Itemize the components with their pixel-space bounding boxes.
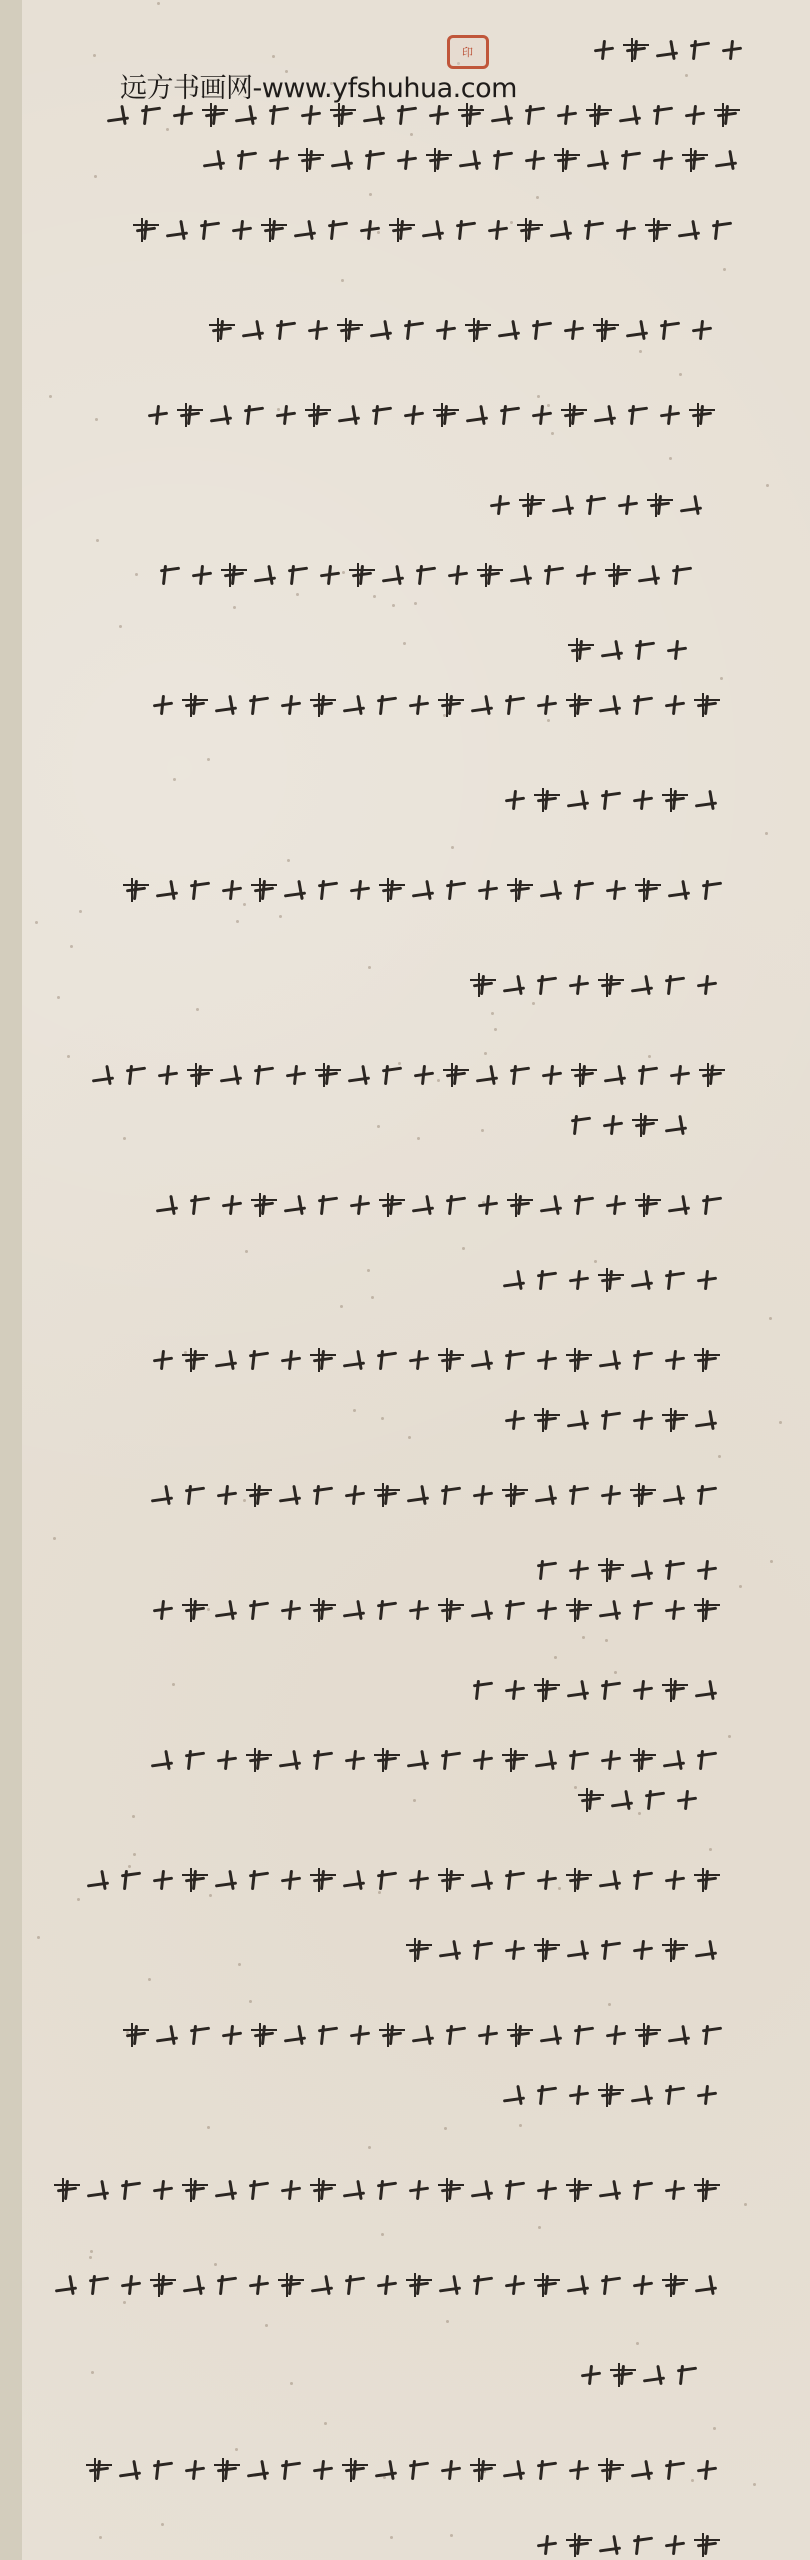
seal-label: 印 <box>462 44 474 60</box>
ink-glyph <box>389 218 415 242</box>
ink-glyph <box>714 103 740 127</box>
ink-glyph <box>630 1748 656 1772</box>
ink-glyph <box>566 1348 592 1372</box>
ink-glyph <box>310 1348 336 1372</box>
ink-glyph <box>406 1748 432 1772</box>
paper-speck <box>119 625 122 628</box>
ink-glyph <box>374 1483 400 1507</box>
ink-glyph <box>694 1938 720 1962</box>
ink-glyph <box>155 878 181 902</box>
ink-glyph <box>411 2023 437 2047</box>
ink-glyph <box>219 2023 245 2047</box>
ink-glyph <box>475 878 501 902</box>
ink-glyph <box>411 1193 437 1217</box>
ink-glyph <box>687 38 713 62</box>
ink-glyph <box>635 878 661 902</box>
ink-glyph <box>667 1063 693 1087</box>
ink-glyph <box>603 2023 629 2047</box>
ink-glyph <box>330 148 356 172</box>
ink-glyph <box>662 693 688 717</box>
ink-glyph <box>278 1598 304 1622</box>
ink-glyph <box>502 2083 528 2107</box>
ink-glyph <box>694 1748 720 1772</box>
ink-glyph <box>662 1408 688 1432</box>
paper-speck <box>608 2003 611 2006</box>
paper-speck <box>450 2534 453 2537</box>
paper-speck <box>93 54 96 57</box>
ink-glyph <box>357 218 383 242</box>
ink-glyph <box>470 1678 496 1702</box>
ink-glyph <box>571 1193 597 1217</box>
ink-glyph <box>664 1113 690 1137</box>
ink-glyph <box>465 318 491 342</box>
ink-glyph <box>571 2023 597 2047</box>
ink-glyph <box>502 1678 528 1702</box>
calligraphy-row <box>85 1060 725 1090</box>
ink-glyph <box>502 1483 528 1507</box>
ink-glyph <box>315 878 341 902</box>
ink-glyph <box>662 2273 688 2297</box>
ink-glyph <box>241 318 267 342</box>
paper-speck <box>70 945 73 948</box>
ink-glyph <box>342 693 368 717</box>
ink-glyph <box>655 38 681 62</box>
ink-glyph <box>251 878 277 902</box>
ink-glyph <box>662 1348 688 1372</box>
ink-glyph <box>310 2178 336 2202</box>
ink-glyph <box>598 1268 624 1292</box>
ink-glyph <box>182 693 208 717</box>
ink-glyph <box>330 103 356 127</box>
ink-glyph <box>566 1678 592 1702</box>
calligraphy-row <box>120 1745 720 1775</box>
ink-glyph <box>635 2023 661 2047</box>
calligraphy-row <box>95 100 740 130</box>
ink-glyph <box>411 878 437 902</box>
paper-speck <box>377 1125 380 1128</box>
ink-glyph <box>502 1408 528 1432</box>
ink-glyph <box>421 218 447 242</box>
ink-glyph <box>593 318 619 342</box>
paper-speck <box>238 1963 241 1966</box>
ink-glyph <box>657 403 683 427</box>
calligraphy-row <box>125 215 735 245</box>
ink-glyph <box>470 693 496 717</box>
ink-glyph <box>214 1348 240 1372</box>
ink-glyph <box>251 1193 277 1217</box>
ink-glyph <box>118 1868 144 1892</box>
calligraphy-row <box>130 1345 720 1375</box>
ink-glyph <box>123 2023 149 2047</box>
ink-glyph <box>662 1868 688 1892</box>
paper-speck <box>648 1055 651 1058</box>
ink-glyph <box>630 1678 656 1702</box>
calligraphy-row <box>470 1405 720 1435</box>
ink-glyph <box>603 878 629 902</box>
ink-glyph <box>613 218 639 242</box>
ink-glyph <box>598 2273 624 2297</box>
ink-glyph <box>623 38 649 62</box>
ink-glyph <box>662 973 688 997</box>
ink-glyph <box>347 1193 373 1217</box>
ink-glyph <box>635 1063 661 1087</box>
ink-glyph <box>470 1748 496 1772</box>
ink-glyph <box>561 403 587 427</box>
ink-glyph <box>534 1938 560 1962</box>
ink-glyph <box>337 403 363 427</box>
paper-speck <box>414 602 417 605</box>
ink-glyph <box>197 218 223 242</box>
ink-glyph <box>485 218 511 242</box>
ink-glyph <box>534 1868 560 1892</box>
ink-glyph <box>664 638 690 662</box>
calligraphy-row <box>45 2270 720 2300</box>
calligraphy-row <box>120 1190 725 1220</box>
ink-glyph <box>566 1748 592 1772</box>
ink-glyph <box>539 2023 565 2047</box>
paper-speck <box>444 2127 447 2130</box>
ink-glyph <box>490 103 516 127</box>
ink-glyph <box>443 1193 469 1217</box>
ink-glyph <box>310 2273 336 2297</box>
ink-glyph <box>219 878 245 902</box>
ink-glyph <box>298 148 324 172</box>
ink-glyph <box>438 693 464 717</box>
ink-glyph <box>568 1113 594 1137</box>
ink-glyph <box>406 1868 432 1892</box>
ink-glyph <box>519 493 545 517</box>
ink-glyph <box>202 103 228 127</box>
ink-glyph <box>347 2023 373 2047</box>
ink-glyph <box>310 1868 336 1892</box>
ink-glyph <box>394 103 420 127</box>
ink-glyph <box>561 318 587 342</box>
ink-glyph <box>694 1268 720 1292</box>
ink-glyph <box>598 1348 624 1372</box>
ink-glyph <box>635 1193 661 1217</box>
ink-glyph <box>630 2273 656 2297</box>
ink-glyph <box>182 2178 208 2202</box>
ink-glyph <box>406 1598 432 1622</box>
ink-glyph <box>470 2178 496 2202</box>
ink-glyph <box>347 1063 373 1087</box>
ink-glyph <box>374 1348 400 1372</box>
ink-glyph <box>598 973 624 997</box>
ink-glyph <box>246 1748 272 1772</box>
ink-glyph <box>630 2533 656 2557</box>
ink-glyph <box>669 563 695 587</box>
ink-glyph <box>630 693 656 717</box>
ink-glyph <box>219 1193 245 1217</box>
ink-glyph <box>719 38 745 62</box>
ink-glyph <box>699 1063 725 1087</box>
ink-glyph <box>694 693 720 717</box>
ink-glyph <box>342 1868 368 1892</box>
ink-glyph <box>507 2023 533 2047</box>
ink-glyph <box>261 218 287 242</box>
ink-glyph <box>150 1748 176 1772</box>
paper-speck <box>132 1815 135 1818</box>
ink-glyph <box>534 2273 560 2297</box>
ink-glyph <box>214 1868 240 1892</box>
ink-glyph <box>406 2178 432 2202</box>
ink-glyph <box>315 1193 341 1217</box>
paper-speck <box>99 2536 102 2539</box>
ink-glyph <box>714 148 740 172</box>
ink-glyph <box>502 788 528 812</box>
ink-glyph <box>406 2458 432 2482</box>
ink-glyph <box>694 2083 720 2107</box>
ink-glyph <box>573 563 599 587</box>
ink-glyph <box>123 878 149 902</box>
ink-glyph <box>630 1268 656 1292</box>
scroll-mount-edge <box>0 0 22 2560</box>
ink-glyph <box>598 1483 624 1507</box>
ink-glyph <box>349 563 375 587</box>
ink-glyph <box>598 1748 624 1772</box>
ink-glyph <box>234 103 260 127</box>
ink-glyph <box>342 2178 368 2202</box>
ink-glyph <box>490 148 516 172</box>
ink-glyph <box>637 563 663 587</box>
paper-speck <box>249 2000 252 2003</box>
ink-glyph <box>487 493 513 517</box>
ink-glyph <box>433 318 459 342</box>
calligraphy-row <box>465 2080 720 2110</box>
ink-glyph <box>534 693 560 717</box>
calligraphy-row <box>165 145 740 175</box>
paper-speck <box>537 395 540 398</box>
ink-glyph <box>470 1938 496 1962</box>
ink-glyph <box>283 1193 309 1217</box>
paper-speck <box>519 2124 522 2127</box>
calligraphy-row <box>50 2455 720 2485</box>
paper-speck <box>739 1585 742 1588</box>
ink-glyph <box>150 2178 176 2202</box>
ink-glyph <box>401 403 427 427</box>
ink-glyph <box>470 2273 496 2297</box>
ink-glyph <box>379 1063 405 1087</box>
ink-glyph <box>86 2273 112 2297</box>
paper-speck <box>287 859 290 862</box>
ink-glyph <box>251 2023 277 2047</box>
ink-glyph <box>246 1483 272 1507</box>
ink-glyph <box>234 148 260 172</box>
ink-glyph <box>229 218 255 242</box>
calligraphy-row <box>125 690 720 720</box>
ink-glyph <box>458 103 484 127</box>
ink-glyph <box>266 148 292 172</box>
paper-speck <box>408 1436 411 1439</box>
ink-glyph <box>630 973 656 997</box>
ink-glyph <box>566 2458 592 2482</box>
ink-glyph <box>630 2083 656 2107</box>
ink-glyph <box>157 563 183 587</box>
ink-glyph <box>694 1408 720 1432</box>
ink-glyph <box>278 2458 304 2482</box>
ink-glyph <box>278 2178 304 2202</box>
ink-glyph <box>593 403 619 427</box>
ink-glyph <box>182 2458 208 2482</box>
ink-glyph <box>310 2458 336 2482</box>
ink-glyph <box>591 38 617 62</box>
ink-glyph <box>632 638 658 662</box>
ink-glyph <box>605 563 631 587</box>
ink-glyph <box>379 2023 405 2047</box>
ink-glyph <box>214 2273 240 2297</box>
ink-glyph <box>278 1748 304 1772</box>
calligraphy-row <box>460 1675 720 1705</box>
ink-glyph <box>699 878 725 902</box>
ink-glyph <box>566 1268 592 1292</box>
calligraphy-row <box>135 1595 720 1625</box>
calligraphy-row <box>75 1865 720 1895</box>
ink-glyph <box>566 788 592 812</box>
ink-glyph <box>694 2533 720 2557</box>
ink-glyph <box>438 1483 464 1507</box>
ink-glyph <box>566 1558 592 1582</box>
ink-glyph <box>283 1063 309 1087</box>
paper-speck <box>713 2427 716 2430</box>
red-seal-stamp: 印 <box>447 35 489 69</box>
ink-glyph <box>325 218 351 242</box>
ink-glyph <box>630 788 656 812</box>
ink-glyph <box>534 2533 560 2557</box>
ink-glyph <box>411 1063 437 1087</box>
ink-glyph <box>155 1193 181 1217</box>
ink-glyph <box>246 2273 272 2297</box>
ink-glyph <box>502 973 528 997</box>
calligraphy-row <box>555 635 690 665</box>
ink-glyph <box>630 1483 656 1507</box>
ink-glyph <box>497 403 523 427</box>
ink-glyph <box>571 878 597 902</box>
ink-glyph <box>554 148 580 172</box>
calligraphy-row <box>135 400 715 430</box>
ink-glyph <box>534 1678 560 1702</box>
ink-glyph <box>662 1678 688 1702</box>
ink-glyph <box>337 318 363 342</box>
ink-glyph <box>177 403 203 427</box>
ink-glyph <box>342 1598 368 1622</box>
ink-glyph <box>598 1598 624 1622</box>
ink-glyph <box>374 1598 400 1622</box>
calligraphy-row <box>40 2175 720 2205</box>
ink-glyph <box>662 2458 688 2482</box>
ink-glyph <box>586 148 612 172</box>
ink-glyph <box>150 2273 176 2297</box>
ink-glyph <box>534 973 560 997</box>
ink-glyph <box>315 2023 341 2047</box>
ink-glyph <box>689 403 715 427</box>
ink-glyph <box>667 1193 693 1217</box>
ink-glyph <box>438 1938 464 1962</box>
ink-glyph <box>534 1483 560 1507</box>
ink-glyph <box>470 1598 496 1622</box>
ink-glyph <box>603 1063 629 1087</box>
ink-glyph <box>694 1348 720 1372</box>
ink-glyph <box>374 1748 400 1772</box>
ink-glyph <box>406 2273 432 2297</box>
ink-glyph <box>694 1678 720 1702</box>
ink-glyph <box>566 2083 592 2107</box>
ink-glyph <box>317 563 343 587</box>
ink-glyph <box>502 693 528 717</box>
ink-glyph <box>470 1348 496 1372</box>
ink-glyph <box>374 2178 400 2202</box>
calligraphy-row <box>145 560 695 590</box>
ink-glyph <box>662 1483 688 1507</box>
ink-glyph <box>598 1558 624 1582</box>
ink-glyph <box>630 1348 656 1372</box>
calligraphy-row <box>555 35 745 65</box>
calligraphy-row <box>380 1935 720 1965</box>
ink-glyph <box>534 2178 560 2202</box>
ink-glyph <box>342 2273 368 2297</box>
ink-glyph <box>598 1938 624 1962</box>
ink-glyph <box>342 2458 368 2482</box>
ink-glyph <box>618 148 644 172</box>
paper-speck <box>196 1008 199 1011</box>
ink-glyph <box>438 1598 464 1622</box>
ink-glyph <box>630 1558 656 1582</box>
ink-glyph <box>438 1348 464 1372</box>
ink-glyph <box>470 2458 496 2482</box>
ink-glyph <box>182 1868 208 1892</box>
ink-glyph <box>214 2458 240 2482</box>
ink-glyph <box>189 563 215 587</box>
ink-glyph <box>465 403 491 427</box>
ink-glyph <box>598 2178 624 2202</box>
ink-glyph <box>502 1598 528 1622</box>
ink-glyph <box>566 693 592 717</box>
ink-glyph <box>138 103 164 127</box>
ink-glyph <box>529 318 555 342</box>
ink-glyph <box>662 2178 688 2202</box>
ink-glyph <box>598 1408 624 1432</box>
paper-speck <box>135 573 138 576</box>
calligraphy-row <box>470 785 720 815</box>
ink-glyph <box>647 493 673 517</box>
ink-glyph <box>458 148 484 172</box>
ink-glyph <box>374 2273 400 2297</box>
ink-glyph <box>426 103 452 127</box>
ink-glyph <box>662 1268 688 1292</box>
calligraphy-row <box>500 1555 720 1585</box>
paper-speck <box>446 2320 449 2323</box>
ink-glyph <box>502 2273 528 2297</box>
ink-glyph <box>150 1348 176 1372</box>
ink-glyph <box>342 1748 368 1772</box>
ink-glyph <box>549 218 575 242</box>
ink-glyph <box>187 878 213 902</box>
ink-glyph <box>598 2458 624 2482</box>
ink-glyph <box>662 1938 688 1962</box>
ink-glyph <box>539 1193 565 1217</box>
ink-glyph <box>662 1598 688 1622</box>
ink-glyph <box>509 563 535 587</box>
ink-glyph <box>529 403 555 427</box>
calligraphy-row <box>560 2360 700 2390</box>
ink-glyph <box>342 1348 368 1372</box>
ink-glyph <box>600 1113 626 1137</box>
ink-glyph <box>438 1748 464 1772</box>
ink-glyph <box>709 218 735 242</box>
ink-glyph <box>568 638 594 662</box>
ink-glyph <box>54 2273 80 2297</box>
ink-glyph <box>507 1193 533 1217</box>
calligraphy-row <box>470 1265 720 1295</box>
